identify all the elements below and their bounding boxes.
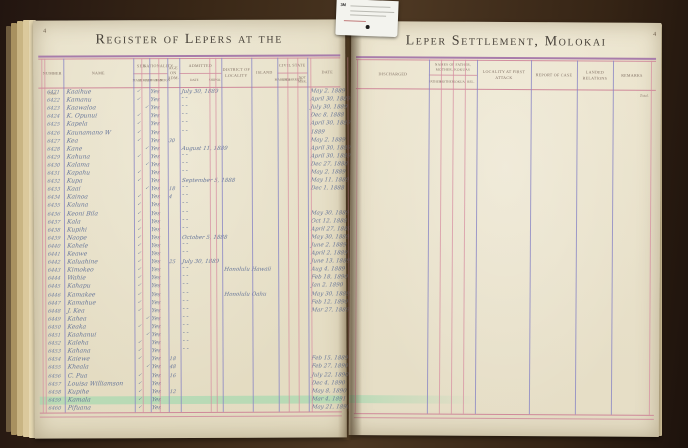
column-rule	[463, 60, 466, 414]
row-name: Kaluna	[66, 202, 88, 210]
row-locality: Honolulu Hawaii	[224, 266, 272, 274]
row-name: Kamahue	[67, 299, 97, 307]
row-admitted-date: ″ ″	[182, 291, 189, 299]
row-name: Keoni Bila	[66, 210, 98, 218]
row-name: Louisa Williamson	[67, 380, 124, 388]
row-admitted-date: ″ ″	[181, 161, 188, 169]
col-report: Report of Case	[531, 60, 577, 89]
tab-print-line	[350, 10, 394, 13]
left-page: 4 Register of Lepers at the Number Name …	[33, 19, 347, 438]
book-gutter-shadow	[338, 18, 362, 440]
row-admitted-date: ″ ″	[182, 307, 189, 315]
row-admitted-date: ″ ″	[181, 169, 188, 177]
tab-brand-text: 3M	[340, 2, 346, 7]
row-name: Keawe	[67, 250, 88, 258]
row-age: 16	[169, 372, 176, 380]
row-age: 25	[169, 258, 176, 266]
row-name: Kaluahine	[67, 258, 99, 266]
row-name: Kamanu	[66, 97, 92, 105]
column-rule	[451, 60, 454, 414]
column-rule	[611, 61, 614, 415]
row-name: Kamala	[67, 396, 91, 404]
row-admitted-date: ″ ″	[181, 210, 188, 218]
row-admitted-date: ″ ″	[181, 120, 188, 128]
col-landed: Landed Relations	[577, 60, 613, 89]
row-name: Kala	[66, 218, 81, 226]
column-rule	[427, 60, 430, 414]
row-locality: Honolulu Oahu	[224, 290, 267, 298]
row-name: Kahapu	[67, 283, 91, 291]
column-rule	[529, 60, 532, 414]
col-family-mother: Mother	[441, 75, 453, 89]
row-name: Kea	[66, 137, 79, 145]
right-page: 4 Leper Settlement, Molokai Discharged N…	[349, 21, 662, 437]
row-admitted-date: October 5, 1888	[181, 234, 227, 242]
row-age: 12	[169, 388, 176, 396]
row-admitted-date: ″ ″	[181, 96, 188, 104]
col-family-kokua: Kokua	[453, 75, 465, 89]
column-rule	[575, 60, 578, 414]
tab-print-line	[350, 5, 390, 8]
row-age: 4	[168, 193, 172, 201]
row-admitted-date: September 5, 1888	[181, 177, 235, 185]
row-admitted-date: ″ ″	[182, 315, 189, 323]
column-rule	[649, 61, 652, 415]
row-age: 30	[168, 137, 175, 145]
row-name: Kamakee	[67, 291, 96, 299]
row-admitted-date: ″ ″	[181, 129, 188, 137]
tab-print-line	[350, 14, 386, 16]
row-name: Kahuna	[66, 153, 90, 161]
total-label-right: Total.	[613, 93, 649, 98]
row-name: Kaleha	[67, 340, 89, 348]
row-name: Kaaihue	[66, 88, 92, 96]
row-admitted-date: ″ ″	[182, 323, 189, 331]
photo-scene: 4 Register of Lepers at the Number Name …	[0, 0, 688, 448]
row-name: Kapahu	[66, 169, 90, 177]
row-admitted-date: ″ ″	[181, 226, 188, 234]
row-name: Keaka	[67, 323, 87, 331]
row-name: Kupa	[66, 178, 83, 186]
tab-hole-dot	[366, 25, 370, 29]
row-age: 48	[169, 363, 176, 371]
col-family-rel: Rel.	[465, 75, 477, 89]
column-rule	[439, 60, 442, 414]
column-rule	[475, 60, 478, 414]
row-name: Kane	[66, 145, 83, 153]
row-name: Kaahanui	[67, 331, 97, 339]
row-admitted-date: ″ ″	[182, 331, 189, 339]
row-admitted-date: ″ ″	[181, 201, 188, 209]
row-name: Naope	[66, 234, 87, 242]
row-name: C. Pua	[67, 372, 88, 380]
row-admitted-date: ″ ″	[181, 153, 188, 161]
tab-red-line	[344, 20, 366, 22]
col-remarks: Remarks	[613, 61, 651, 90]
row-name: Kheala	[67, 364, 89, 372]
row-admitted-date: ″ ″	[182, 339, 189, 347]
row-admitted-date: July 30, 1889	[181, 88, 219, 96]
row-name: Kupihi	[66, 226, 87, 234]
row-age: 18	[168, 185, 175, 193]
row-admitted-date: ″ ″	[182, 347, 189, 355]
row-admitted-date: ″ ″	[181, 218, 188, 226]
row-admitted-date: July 30, 1889	[182, 258, 220, 266]
page-bottom-rule	[354, 413, 654, 416]
archival-tab: 3M	[335, 0, 398, 37]
row-date: 1889	[310, 128, 325, 136]
green-glare-band	[349, 395, 479, 404]
col-locality-first: Locality at First Attack	[477, 60, 531, 89]
row-name: Kupihe	[67, 388, 89, 396]
row-admitted-date: ″ ″	[182, 250, 189, 258]
row-admitted-date: ″ ″	[182, 242, 189, 250]
left-rows: 6421Kaaihue✓YesJuly 30, 1889May 2, 18896…	[33, 19, 347, 438]
row-admitted-date: ″ ″	[182, 299, 189, 307]
row-admitted-date: ″ ″	[182, 282, 189, 290]
register-row: 6460Pifuana✓YesMay 21, 1890	[40, 403, 342, 412]
row-name: Kaunamano W	[66, 129, 111, 137]
row-name: J. Kea	[67, 307, 85, 315]
row-name: Pifuana	[67, 404, 91, 412]
row-name: Kahea	[67, 315, 87, 323]
col-discharged: Discharged	[357, 59, 429, 88]
row-name: Kalama	[66, 161, 90, 169]
page-bottom-rule	[354, 417, 654, 420]
row-name: Kapela	[66, 121, 88, 129]
row-name: Kahele	[67, 242, 89, 250]
right-page-title: Leper Settlement, Molokai	[351, 33, 661, 51]
